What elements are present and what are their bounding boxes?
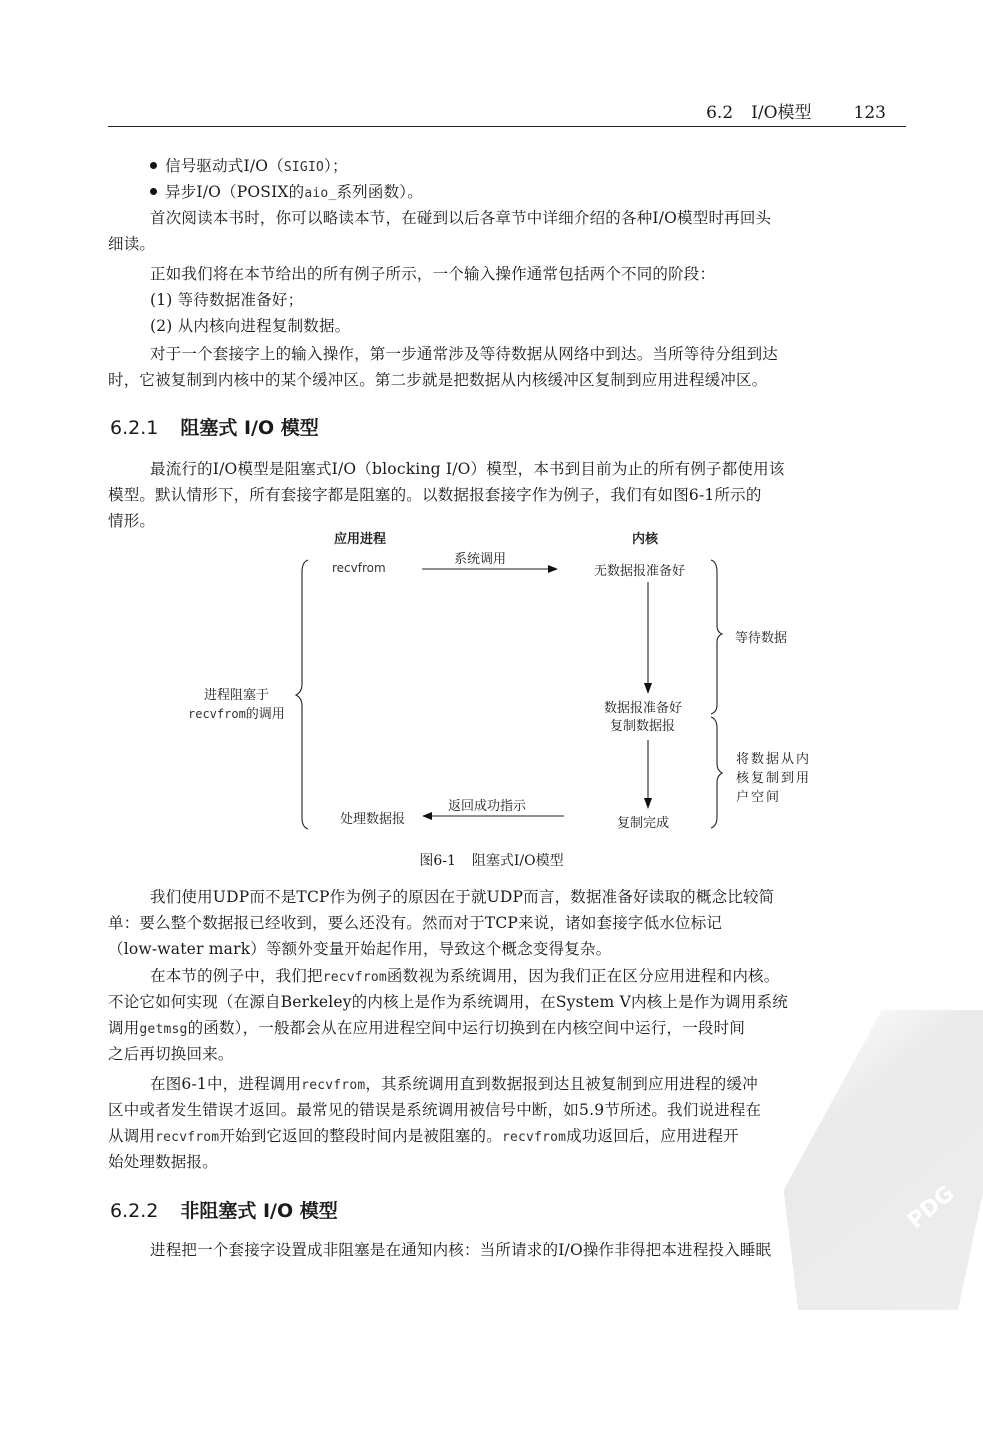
copy-to-user-label-line1: 将数据从内 [736,748,811,767]
paragraph-line: 不论它如何实现（在源自Berkeley的内核上是作为系统调用，在System V… [108,990,908,1014]
blocking-io-diagram: 应用进程 内核 系统调用 recvfrom 无数据报准备好 等待数据 进程阻塞于… [180,520,840,860]
paragraph-line: 正如我们将在本节给出的所有例子所示，一个输入操作通常包括两个不同的阶段： [150,262,908,286]
copy-to-user-label-line3: 户空间 [736,786,781,805]
process-datagram-label: 处理数据报 [340,808,405,827]
paragraph-line: （low-water mark）等额外变量开始起作用，导致这个概念变得复杂。 [108,937,908,961]
syscall-label: 系统调用 [454,548,506,567]
paragraph-line: 时，它被复制到内核中的某个缓冲区。第二步就是把数据从内核缓冲区复制到应用进程缓冲… [108,368,908,392]
left-brace-icon [296,560,308,829]
copy-datagram-label: 复制数据报 [610,715,675,734]
section-heading-6-2-2: 6.2.2非阻塞式 I/O 模型 [110,1196,338,1223]
paragraph-line: 从调用recvfrom开始到它返回的整段时间内是被阻塞的。recvfrom成功返… [108,1124,908,1150]
copy-to-user-label-line2: 核复制到用 [736,767,811,786]
paragraph-line: 单：要么整个数据报已经收到，要么还没有。然而对于TCP来说，诸如套接字低水位标记 [108,911,908,935]
figure-caption: 图6-1阻塞式I/O模型 [0,850,983,870]
step-item: (1) 等待数据准备好； [150,288,908,312]
copy-complete-label: 复制完成 [617,812,669,831]
bullet-icon [150,162,157,169]
paragraph-line: 调用getmsg的函数），一般都会从在应用进程空间中运行切换到在内核空间中运行，… [108,1016,908,1042]
paragraph-line: 区中或者发生错误才返回。最常见的错误是系统调用被信号中断，如5.9节所述。我们说… [108,1098,908,1122]
paragraph-line: 始处理数据报。 [108,1150,908,1174]
header-section-title: I/O模型 [751,103,811,123]
arrowhead-down-icon [644,683,652,694]
arrowhead-left-icon [422,812,432,820]
paragraph-line: 之后再切换回来。 [108,1042,908,1066]
running-header: 6.2I/O模型123 [108,96,906,127]
header-section-number: 6.2 [706,103,733,123]
book-page: 6.2I/O模型123 信号驱动式I/O（SIGIO）； 异步I/O（POSIX… [0,0,983,1447]
bullet-item-aio: 异步I/O（POSIX的aio_系列函数）。 [150,180,908,206]
paragraph-line: 我们使用UDP而不是TCP作为例子的原因在于就UDP而言，数据准备好读取的概念比… [150,885,908,909]
column-header-kernel: 内核 [632,528,658,547]
paragraph-line: 在本节的例子中，我们把recvfrom函数视为系统调用，因为我们正在区分应用进程… [150,964,908,990]
no-datagram-ready-label: 无数据报准备好 [594,560,685,579]
wait-for-data-label: 等待数据 [735,627,787,646]
blocked-label-line2: recvfrom的调用 [188,703,285,722]
paragraph-line: 对于一个套接字上的输入操作，第一步通常涉及等待数据从网络中到达。当所等待分组到达 [150,342,908,366]
section-heading-6-2-1: 6.2.1阻塞式 I/O 模型 [110,413,319,440]
page-number: 123 [854,103,886,123]
recvfrom-label: recvfrom [332,561,386,575]
return-success-label: 返回成功指示 [448,795,526,814]
right-brace-copy-icon [711,717,722,828]
arrowhead-right-icon [548,565,558,573]
datagram-ready-label: 数据报准备好 [604,697,682,716]
arrowhead-down-icon [644,798,652,809]
paragraph-line: 模型。默认情形下，所有套接字都是阻塞的。以数据报套接字作为例子，我们有如图6-1… [108,483,908,507]
paragraph-line: 在图6-1中，进程调用recvfrom，其系统调用直到数据报到达且被复制到应用进… [150,1072,908,1098]
paragraph-line: 细读。 [108,232,908,256]
column-header-application: 应用进程 [334,528,386,547]
blocked-label-line1: 进程阻塞于 [204,684,269,703]
bullet-icon [150,188,157,195]
paragraph-line: 首次阅读本书时，你可以略读本节，在碰到以后各章节中详细介绍的各种I/O模型时再回… [150,206,908,230]
bullet-item-sigio: 信号驱动式I/O（SIGIO）； [150,154,908,180]
right-brace-wait-icon [711,560,722,714]
paragraph-line: 最流行的I/O模型是阻塞式I/O（blocking I/O）模型，本书到目前为止… [150,457,908,481]
step-item: (2) 从内核向进程复制数据。 [150,314,908,338]
